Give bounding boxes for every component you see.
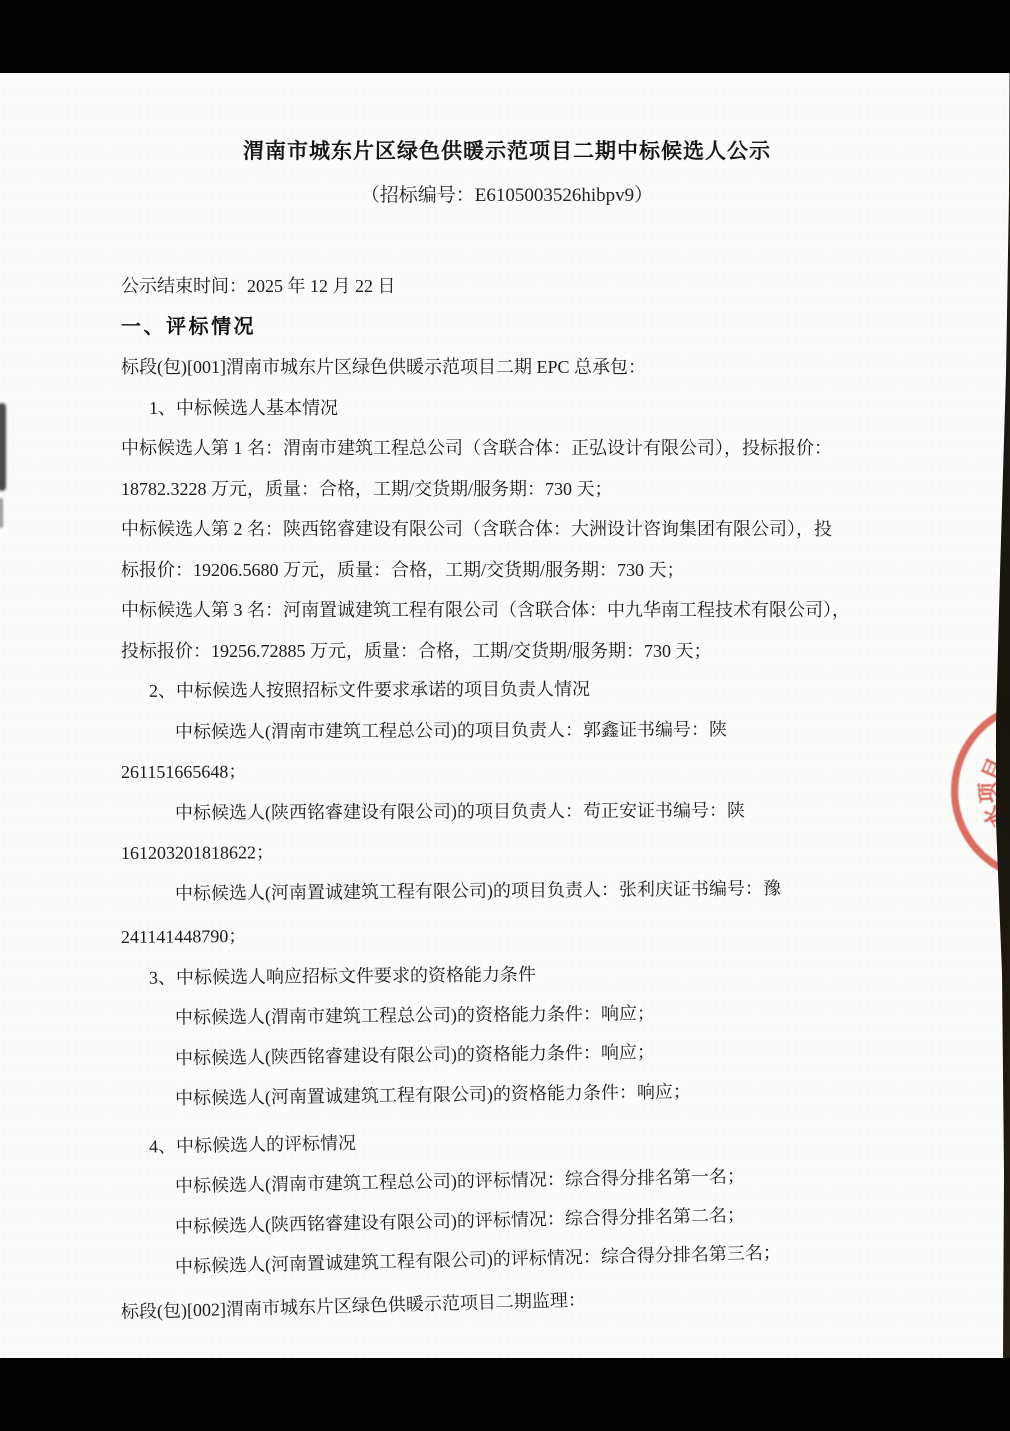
candidate-2-line-cont: 标报价：19206.5680 万元，质量：合格，工期/交货期/服务期：730 天… — [121, 550, 893, 591]
bid-number-subtitle: （招标编号：E6105003526hibpv9） — [121, 183, 893, 209]
document-title: 渭南市城东片区绿色供暖示范项目二期中标候选人公示 — [121, 137, 893, 165]
manager-3-cert-number: 241141448790； — [121, 910, 893, 957]
document-body: 公示结束时间：2025 年 12 月 22 日 一、评标情况 标段(包)[001… — [121, 266, 893, 1332]
candidate-2-line: 中标候选人第 2 名：陕西铭睿建设有限公司（含联合体：大洲设计咨询集团有限公司）… — [121, 509, 893, 550]
publicity-end-date-line: 公示结束时间：2025 年 12 月 22 日 — [121, 266, 893, 307]
manager-3-line: 中标候选人(河南置诚建筑工程有限公司)的项目负责人：张利庆证书编号：豫 — [121, 867, 893, 914]
manager-1-line: 中标候选人(渭南市建筑工程总公司)的项目负责人：郭鑫证书编号：陕 — [121, 708, 893, 752]
qualification-3-line: 中标候选人(河南置诚建筑工程有限公司)的资格能力条件：响应； — [121, 1069, 893, 1120]
scan-border-top — [0, 0, 1010, 73]
candidate-3-line-cont: 投标报价：19256.72885 万元，质量：合格，工期/交货期/服务期：730… — [121, 631, 893, 672]
scan-border-bottom — [0, 1358, 1010, 1431]
candidate-3-line: 中标候选人第 3 名：河南置诚建筑工程有限公司（含联合体：中九华南工程技术有限公… — [121, 590, 893, 631]
subsection-3-heading: 3、中标候选人响应招标文件要求的资格能力条件 — [121, 951, 893, 998]
scan-smudge-artifact — [0, 403, 6, 491]
scan-smudge-artifact — [0, 498, 3, 528]
scanned-document-page: 渭南市城东片区绿色供暖示范项目二期中标候选人公示 （招标编号：E61050035… — [0, 73, 1010, 1358]
subsection-2-heading: 2、中标候选人按照招标文件要求承诺的项目负责人情况 — [121, 668, 893, 712]
manager-2-line: 中标候选人(陕西铭睿建设有限公司)的项目负责人：苟正安证书编号：陕 — [121, 789, 893, 833]
subsection-1-heading: 1、中标候选人基本情况 — [121, 388, 893, 429]
document-content: 渭南市城东片区绿色供暖示范项目二期中标候选人公示 （招标编号：E61050035… — [121, 73, 893, 1332]
section-heading-evaluation: 一、评标情况 — [121, 307, 893, 348]
lot-001-line: 标段(包)[001]渭南市城东片区绿色供暖示范项目二期 EPC 总承包： — [121, 347, 893, 388]
candidate-1-line: 中标候选人第 1 名：渭南市建筑工程总公司（含联合体：正弘设计有限公司），投标报… — [121, 428, 893, 469]
candidate-1-line-cont: 18782.3228 万元，质量：合格，工期/交货期/服务期：730 天； — [121, 469, 893, 510]
manager-1-cert-number: 261151665648； — [121, 749, 893, 793]
manager-2-cert-number: 161203201818622； — [121, 830, 893, 874]
